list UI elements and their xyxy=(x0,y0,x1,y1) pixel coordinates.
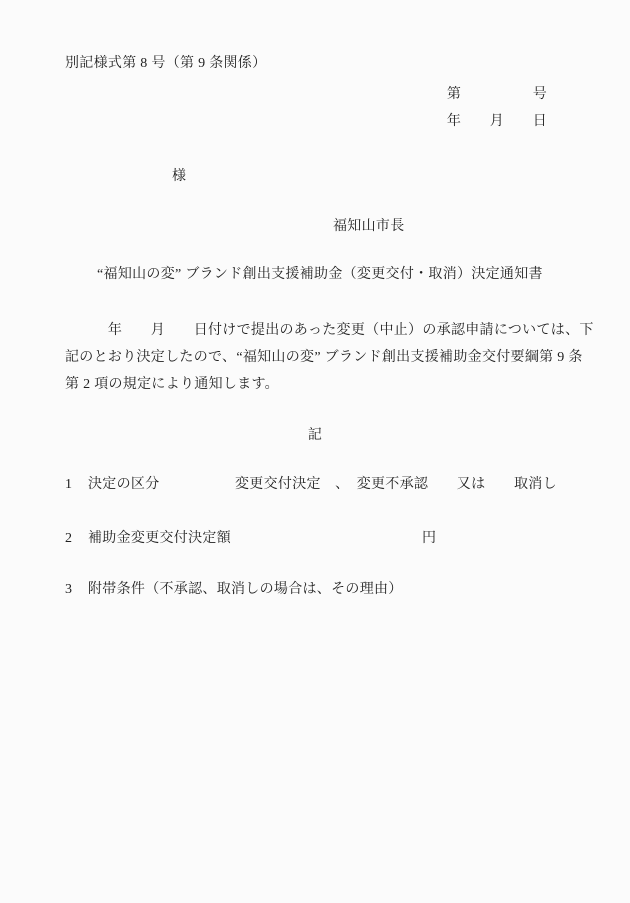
item-2-label: 補助金変更交付決定額 xyxy=(88,529,231,549)
body-line-2: 記のとおり決定したので、“福知山の変” ブランド創出支援補助金交付要綱第 9 条 xyxy=(65,348,583,368)
addressee-suffix: 様 xyxy=(172,167,186,187)
document-title: “福知山の変” ブランド創出支援補助金（変更交付・取消）決定通知書 xyxy=(97,265,543,285)
item-3-number: 3 xyxy=(65,580,72,600)
item-2-number: 2 xyxy=(65,529,72,549)
item-2-value: 円 xyxy=(422,529,436,549)
sender-name: 福知山市長 xyxy=(333,217,405,237)
document-number-line: 第 号 xyxy=(447,85,547,105)
section-marker: 記 xyxy=(0,426,630,446)
item-1-label: 決定の区分 xyxy=(88,475,160,495)
item-row-1: 1 決定の区分 変更交付決定 、 変更不承認 又は 取消し xyxy=(0,475,630,495)
form-number-label: 別記様式第 8 号（第 9 条関係） xyxy=(65,54,266,74)
body-line-1: 年 月 日付けで提出のあった変更（中止）の承認申請については、下 xyxy=(65,321,594,341)
notice-document-page: 別記様式第 8 号（第 9 条関係） 第 号 年 月 日 様 福知山市長 “福知… xyxy=(0,0,630,903)
body-line-3: 第 2 項の規定により通知します。 xyxy=(65,375,279,395)
item-row-3: 3 附帯条件（不承認、取消しの場合は、その理由） xyxy=(0,580,630,600)
item-3-label: 附帯条件（不承認、取消しの場合は、その理由） xyxy=(88,580,403,600)
item-1-value: 変更交付決定 、 変更不承認 又は 取消し xyxy=(235,475,557,495)
date-line: 年 月 日 xyxy=(447,112,547,132)
item-1-number: 1 xyxy=(65,475,72,495)
item-row-2: 2 補助金変更交付決定額 円 xyxy=(0,529,630,549)
